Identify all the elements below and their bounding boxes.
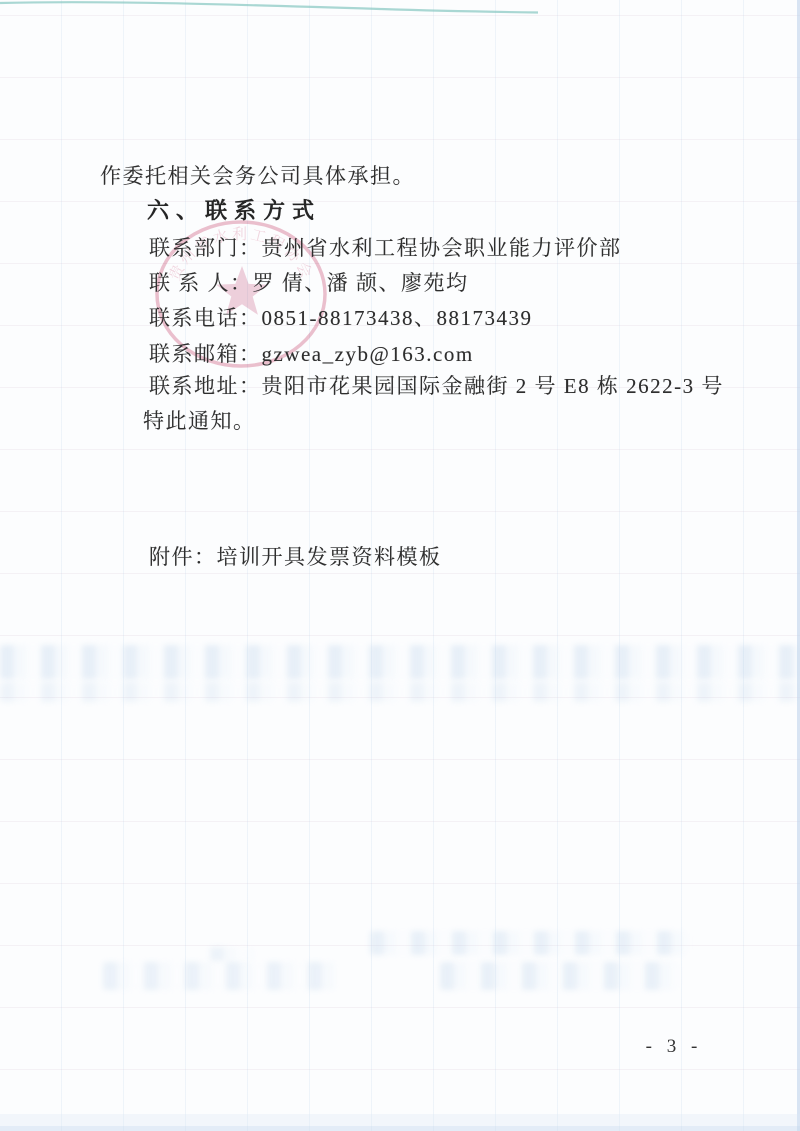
closing-line: 特此通知。	[143, 409, 256, 433]
paragraph-continuation-line: 作委托相关会务公司具体承担。	[100, 164, 415, 188]
contact-line-address: 联系地址：贵阳市花果园国际金融街 2 号 E8 栋 2622-3 号	[149, 374, 724, 398]
scanned-document-page: 贵州省水利工程协会 作委托相关会务公司具体承担。 六、联系方式 联系部门：贵州省…	[0, 0, 800, 1131]
contact-line-phone: 联系电话：0851-88173438、88173439	[149, 306, 533, 330]
contact-line-email: 联系邮箱：gzwea_zyb@163.com	[149, 342, 474, 366]
page-number: - 3 -	[634, 1036, 714, 1058]
contact-line-department: 联系部门：贵州省水利工程协会职业能力评价部	[149, 236, 622, 260]
ghost-text-band	[370, 931, 690, 955]
ghost-text-band	[103, 962, 335, 990]
scan-edge-bottom	[0, 1126, 800, 1131]
ghost-text-band	[0, 682, 800, 702]
contact-line-person: 联 系 人：罗 倩、潘 颉、廖苑均	[149, 271, 469, 295]
ghost-text-band	[210, 947, 252, 961]
ghost-text-band	[440, 962, 680, 990]
section-heading: 六、联系方式	[147, 199, 321, 223]
attachment-line: 附件：培训开具发票资料模板	[149, 545, 442, 569]
ghost-text-band	[0, 645, 800, 679]
scan-edge-curve	[0, 0, 540, 16]
scan-edge-bottom-soft	[0, 1114, 800, 1126]
